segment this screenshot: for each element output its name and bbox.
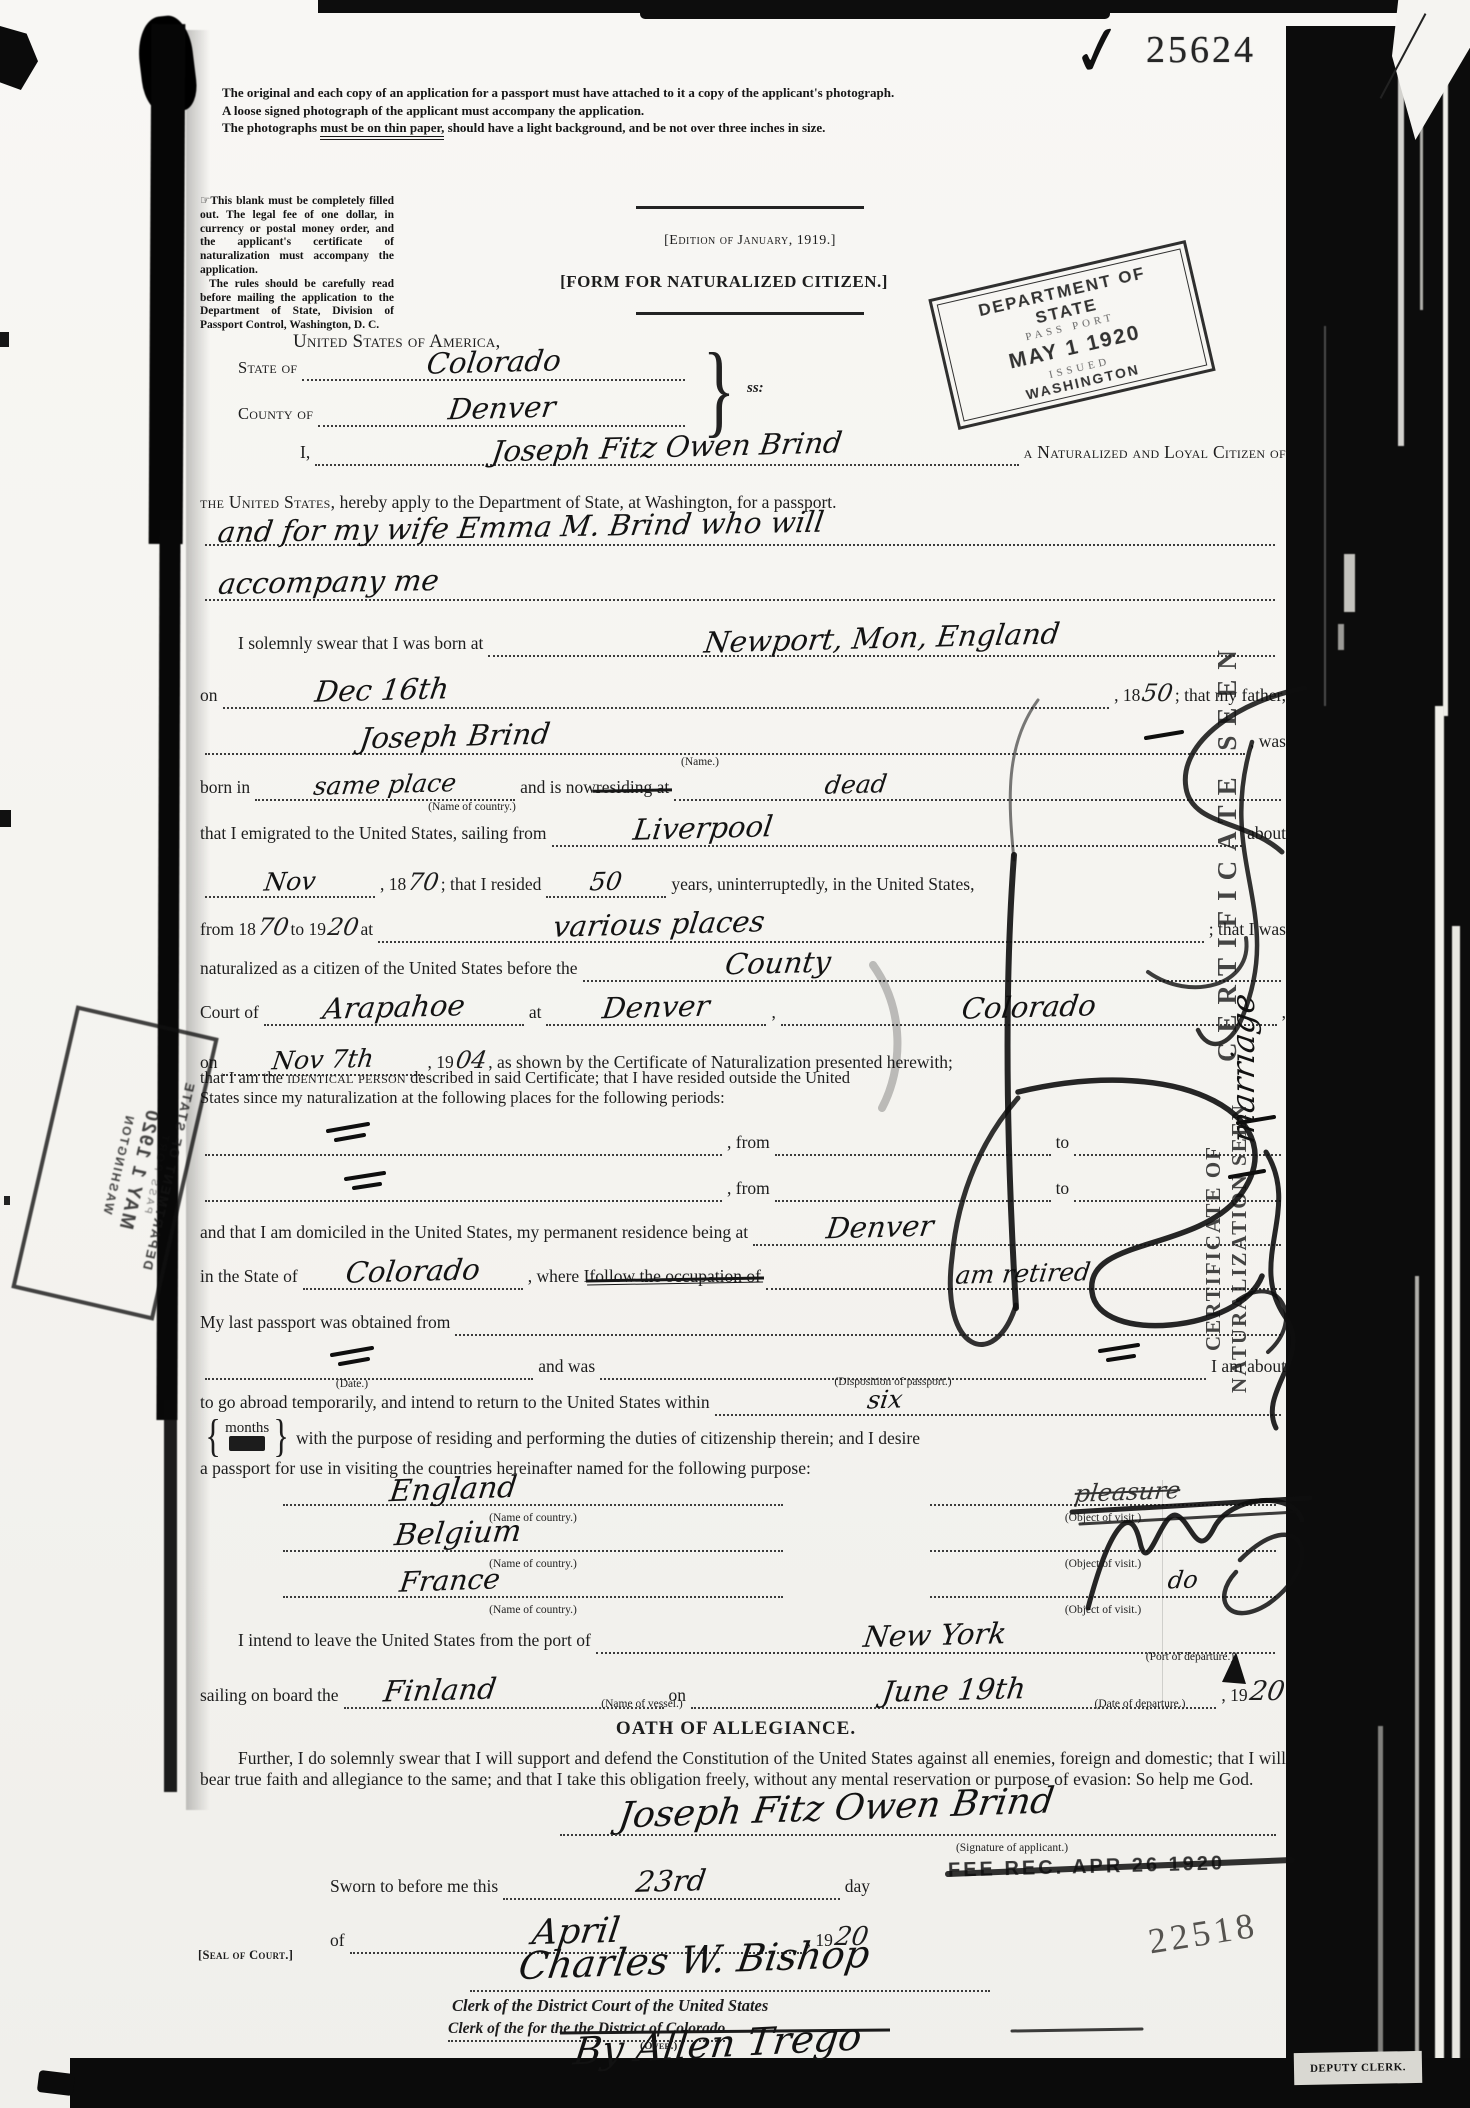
birthplace-line: I solemnly swear that I was born at Newp… (238, 633, 1280, 657)
father-residence-field: dead (674, 789, 1281, 801)
disposition-line: and was I am about (200, 1356, 1286, 1380)
edition-rule-top (636, 206, 864, 209)
sail-month-field: Nov (205, 886, 375, 898)
scan-bottom-bar (70, 2058, 1470, 2108)
on-label: on (200, 685, 218, 709)
wife-line-2: accompany me (200, 589, 1280, 601)
years-label: years, uninterruptedly, in the United St… (671, 874, 974, 898)
printed-19b: , 19 (1221, 1685, 1247, 1709)
last-passport-field (455, 1324, 1281, 1336)
emigration-port-field: Liverpool (552, 835, 1243, 847)
cert-nat-line-1: CERTIFICATE OF (1200, 1098, 1226, 1398)
photo-rule-3-post: should have a light background, and be n… (444, 120, 825, 135)
months-option: months (225, 1421, 269, 1436)
naturalized-label: naturalized as a citizen of the United S… (200, 958, 578, 982)
fee-received-stamp: FEE REC. APR 26 1920 (948, 1852, 1226, 1882)
signature-rule (560, 1834, 1276, 1836)
certificate-naturalization-seen-stamp: CERTIFICATE OF NATURALIZATION SEEN (1200, 1098, 1252, 1398)
scan-top-bar-thick (640, 0, 1110, 19)
book-edge-corner-line (1380, 13, 1427, 99)
visit-rule-2 (930, 1550, 1276, 1552)
country-caption-3: (Name of country.) (489, 1604, 577, 1616)
about-label: about (1247, 823, 1286, 847)
birth-year: 50 (1138, 679, 1177, 709)
last-passport-label: My last passport was obtained from (200, 1312, 450, 1336)
occupation-line: in the State of Colorado , where I follo… (200, 1266, 1286, 1290)
ss-label: ss: (747, 380, 764, 397)
wife-line-1: and for my wife Emma M. Brind who will (200, 534, 1280, 546)
country-value-1: England (388, 1470, 519, 1509)
cert-line-2-sc: identical person (287, 1068, 406, 1087)
brace-open: { (205, 1416, 220, 1455)
county-label: County of (238, 404, 313, 427)
instructions-block: ☞This blank must be completely filled ou… (200, 194, 394, 333)
at2-label: at (529, 1002, 542, 1026)
sail-month: Nov (262, 866, 317, 896)
serial-number: 25624 (1146, 28, 1256, 72)
oath-body: Further, I do solemnly swear that I will… (200, 1748, 1286, 1789)
photo-rule-2: A loose signed photograph of the applica… (222, 102, 894, 120)
emigration-port: Liverpool (632, 809, 776, 847)
photo-rule-3-pre: The photographs (222, 120, 320, 135)
court-type-field: County (583, 970, 1281, 982)
country-caption: (Name of country.) (428, 801, 516, 813)
father-birthplace: same place (312, 768, 458, 801)
county-line: County of Denver (238, 404, 690, 427)
of-label: of (330, 1930, 345, 1954)
citizen-text: a Naturalized and Loyal Citizen of (1024, 442, 1286, 466)
cert-line-3: States since my naturalization at the fo… (200, 1088, 725, 1108)
father-name-line: Joseph Brind , was (200, 731, 1286, 755)
at-label: at (361, 919, 374, 943)
departure-port: New York (862, 1616, 1009, 1654)
department-of-state-stamp: DEPARTMENT OF STATE PASS PORT MAY 1 1920… (928, 240, 1215, 430)
applicant-line: I, Joseph Fitz Owen Brind a Naturalized … (300, 442, 1286, 466)
cert-line-2-post: described in said Certificate; that I ha… (406, 1068, 850, 1087)
sail-date-line: Nov , 1870 ; that I resided 50 years, un… (200, 868, 1286, 898)
court-state: Colorado (959, 988, 1098, 1025)
scan-top-bar (318, 0, 1470, 13)
visit-caption-3: (Object of visit.) (1065, 1604, 1141, 1616)
country-rule-1 (283, 1504, 783, 1506)
birthplace-value: Newport, Mon, England (702, 616, 1062, 659)
sail-year: 70 (404, 868, 443, 898)
county-field: Denver (318, 415, 685, 427)
court-of-label: Court of (200, 1002, 259, 1026)
father-name-field: Joseph Brind (205, 743, 1245, 755)
from-label-2: , from (727, 1178, 770, 1202)
court-type: County (723, 945, 833, 982)
father-name: Joseph Brind (357, 717, 551, 756)
sworn-day: 23rd (634, 1863, 708, 1899)
occupation-value: am retired (954, 1257, 1092, 1290)
file-number: 22518 (1145, 1904, 1260, 1963)
printed-18: , 18 (1114, 685, 1140, 709)
vessel-name: Finland (381, 1672, 498, 1709)
book-edge-top-corner (1392, 0, 1470, 140)
country-rule-2 (283, 1550, 783, 1552)
scan-left-tick-3 (4, 1196, 10, 1205)
visit-value-3: do (1166, 1565, 1199, 1594)
scan-topleft-blob (0, 26, 38, 90)
day-label: day (845, 1876, 870, 1900)
court-name-field: Arapahoe (264, 1014, 524, 1026)
photo-rule-3: The photographs must be on thin paper, s… (222, 119, 894, 137)
port-caption: (Port of departure.) (1146, 1651, 1234, 1663)
photo-rule-1: The original and each copy of an applica… (222, 84, 894, 102)
residing-at-struck: residing at (596, 777, 669, 801)
printed-18b: , 18 (380, 874, 406, 898)
naturalized-line: naturalized as a citizen of the United S… (200, 958, 1286, 982)
emigrated-label: that I emigrated to the United States, s… (200, 823, 547, 847)
now-label: and is now (520, 777, 596, 801)
county-value: Denver (446, 390, 557, 427)
months-years-brace: { months years } (202, 1416, 292, 1455)
born-in-label: born in (200, 777, 250, 801)
to-label-1: to (1056, 1132, 1070, 1156)
residence-state: Colorado (343, 1252, 482, 1289)
born-label: I solemnly swear that I was born at (238, 633, 483, 657)
departure-date: June 19th (880, 1671, 1028, 1709)
country-value-3: France (398, 1562, 502, 1598)
passport-date-field (205, 1368, 533, 1380)
apply-sc: the United States, (200, 492, 335, 512)
domiciled-label: and that I am domiciled in the United St… (200, 1222, 748, 1246)
birthdate-line: on Dec 16th , 1850 ; that my father, (200, 679, 1286, 709)
visit-rule-3 (930, 1596, 1276, 1598)
last-passport-line: My last passport was obtained from (200, 1312, 1286, 1336)
applicant-name-field: Joseph Fitz Owen Brind (315, 454, 1018, 466)
and-was-label: and was (538, 1356, 595, 1380)
wife-field-2: accompany me (205, 589, 1275, 601)
seal-of-court-label: [Seal of Court.] (198, 1948, 293, 1963)
departure-year: 20 (1245, 1676, 1289, 1709)
vessel-caption: (Name of vessel.) (601, 1698, 682, 1710)
wife-field-1: and for my wife Emma M. Brind who will (205, 534, 1275, 546)
res-from: 70 (254, 913, 293, 943)
pointer-hand-icon: ☞ (200, 193, 210, 207)
outside-period-line-1: , from to (200, 1132, 1286, 1156)
certificate-seen-stamp: CERTIFICATE SEEN (1212, 487, 1243, 1062)
deputy-clerk-label: DEPUTY CLERK. (1310, 2061, 1406, 2075)
sworn-label: Sworn to before me this (330, 1876, 498, 1900)
residence-places: various places (551, 904, 767, 943)
from-label-1: , from (727, 1132, 770, 1156)
res-to: 20 (324, 913, 363, 943)
deputy-clerk-patch: DEPUTY CLERK. (1294, 2051, 1423, 2085)
ghost-department-stamp: DEPARTMENT OF STATE PASS PORT MAY 1 1920… (11, 1005, 218, 1320)
state-field: Colorado (302, 369, 685, 381)
cert-nat-line-2: NATURALIZATION SEEN (1226, 1098, 1252, 1398)
departure-port-line: I intend to leave the United States from… (238, 1630, 1280, 1654)
outside-period-line-2: , from to (200, 1178, 1286, 1202)
oath-title: OATH OF ALLEGIANCE. (616, 1718, 856, 1740)
court-city: Denver (601, 989, 712, 1026)
father-residence-line: born in same place and is now residing a… (200, 777, 1286, 801)
comma-2: , (1282, 1002, 1286, 1026)
clerk-title-1: Clerk of the District Court of the Unite… (452, 1996, 768, 2016)
birthdate-field: Dec 16th (223, 697, 1110, 709)
occupation-struck: follow the occupation of (589, 1266, 761, 1290)
was-label: , was (1250, 731, 1286, 755)
passport-application-page: ✓ 25624 The original and each copy of an… (0, 0, 1470, 2108)
state-label: State of (238, 358, 297, 381)
visit-value-1-struck: pleasure (1073, 1476, 1182, 1508)
state-value: Colorado (424, 343, 563, 380)
to-19: to 19 (290, 919, 326, 943)
scan-bottom-nub (37, 2070, 75, 2096)
signature-caption: (Signature of applicant.) (956, 1842, 1068, 1854)
date-caption: (Date.) (336, 1378, 368, 1390)
sworn-day-field: 23rd (503, 1888, 840, 1900)
state-line: State of Colorado (238, 358, 690, 381)
visit-caption-1: (Object of visit.) (1065, 1512, 1141, 1524)
port-label: I intend to leave the United States from… (238, 1630, 591, 1654)
cert-line-2: that I am the identical person described… (200, 1068, 850, 1088)
return-line: to go abroad temporarily, and intend to … (200, 1392, 1286, 1416)
return-period-field: six (715, 1404, 1281, 1416)
state-of2-label: in the State of (200, 1266, 298, 1290)
resided-label: ; that I resided (441, 874, 542, 898)
residence-city: Denver (824, 1209, 935, 1246)
photo-rules: The original and each copy of an applica… (222, 84, 894, 137)
court-name: Arapahoe (321, 988, 467, 1026)
years-option-struck: years (229, 1436, 264, 1451)
clerk-signature-rule (470, 1990, 990, 1992)
name-caption: (Name.) (681, 756, 719, 768)
photo-rule-3-underlined: must be on thin paper, (320, 120, 444, 140)
court-city-field: Denver (546, 1014, 766, 1026)
venue-brace: } (703, 338, 735, 442)
outside-from-field-2 (775, 1190, 1051, 1202)
form-title: [FORM FOR NATURALIZED CITIZEN.] (560, 272, 888, 292)
outside-from-field-1 (775, 1144, 1051, 1156)
outside-place-field-1 (205, 1144, 722, 1156)
emigration-line: that I emigrated to the United States, s… (200, 823, 1286, 847)
birthdate-value: Dec 16th (313, 671, 451, 708)
to-label-2: to (1056, 1178, 1070, 1202)
outside-place-field-2 (205, 1190, 722, 1202)
sworn-line-1: Sworn to before me this 23rd day (330, 1876, 870, 1900)
residence-places-field: various places (378, 931, 1204, 943)
departure-date-caption: (Date of departure.) (1095, 1698, 1186, 1710)
instructions-text-1: This blank must be completely filled out… (200, 195, 394, 276)
return-period: six (865, 1385, 904, 1415)
instructions-paragraph-2: The rules should be carefully read befor… (200, 278, 394, 333)
scan-left-tick-1 (0, 332, 9, 347)
visit-caption-2: (Object of visit.) (1065, 1558, 1141, 1570)
book-spine (0, 0, 230, 1900)
residence-period-line: from 1870 to 1920 at various places ; th… (200, 913, 1286, 943)
i-label: I, (300, 442, 310, 466)
applicant-name: Joseph Fitz Owen Brind (490, 425, 844, 468)
birthplace-field: Newport, Mon, England (488, 645, 1275, 657)
country-rule-3 (283, 1596, 783, 1598)
father-residence: dead (823, 769, 889, 800)
residence-state-field: Colorado (303, 1278, 523, 1290)
book-edge-band (1286, 26, 1470, 2108)
where-label: , where I (528, 1266, 590, 1290)
purpose-line-1: with the purpose of residing and perform… (296, 1428, 920, 1449)
instructions-paragraph-1: ☞This blank must be completely filled ou… (200, 194, 394, 278)
domicile-line: and that I am domiciled in the United St… (200, 1222, 1286, 1246)
country-value-2: Belgium (393, 1514, 524, 1553)
wife-text-2: accompany me (216, 563, 441, 601)
years-count: 50 (589, 867, 625, 897)
cert-line-2-pre: that I am the (200, 1068, 287, 1087)
brace-close: } (274, 1416, 289, 1455)
edition-rule-bottom (636, 312, 864, 315)
scan-left-tick-2 (0, 810, 11, 827)
court-state-field: Colorado (781, 1014, 1277, 1026)
years-count-field: 50 (546, 886, 666, 898)
edition-line: [Edition of January, 1919.] (664, 233, 836, 249)
from-18: from 18 (200, 919, 256, 943)
court-line: Court of Arapahoe at Denver , Colorado , (200, 1002, 1286, 1026)
country-caption-2: (Name of country.) (489, 1558, 577, 1570)
comma-1: , (771, 1002, 775, 1026)
father-birthplace-field: same place (255, 789, 515, 801)
check-mark-icon: ✓ (1067, 6, 1129, 96)
vessel-label: sailing on board the (200, 1685, 339, 1709)
